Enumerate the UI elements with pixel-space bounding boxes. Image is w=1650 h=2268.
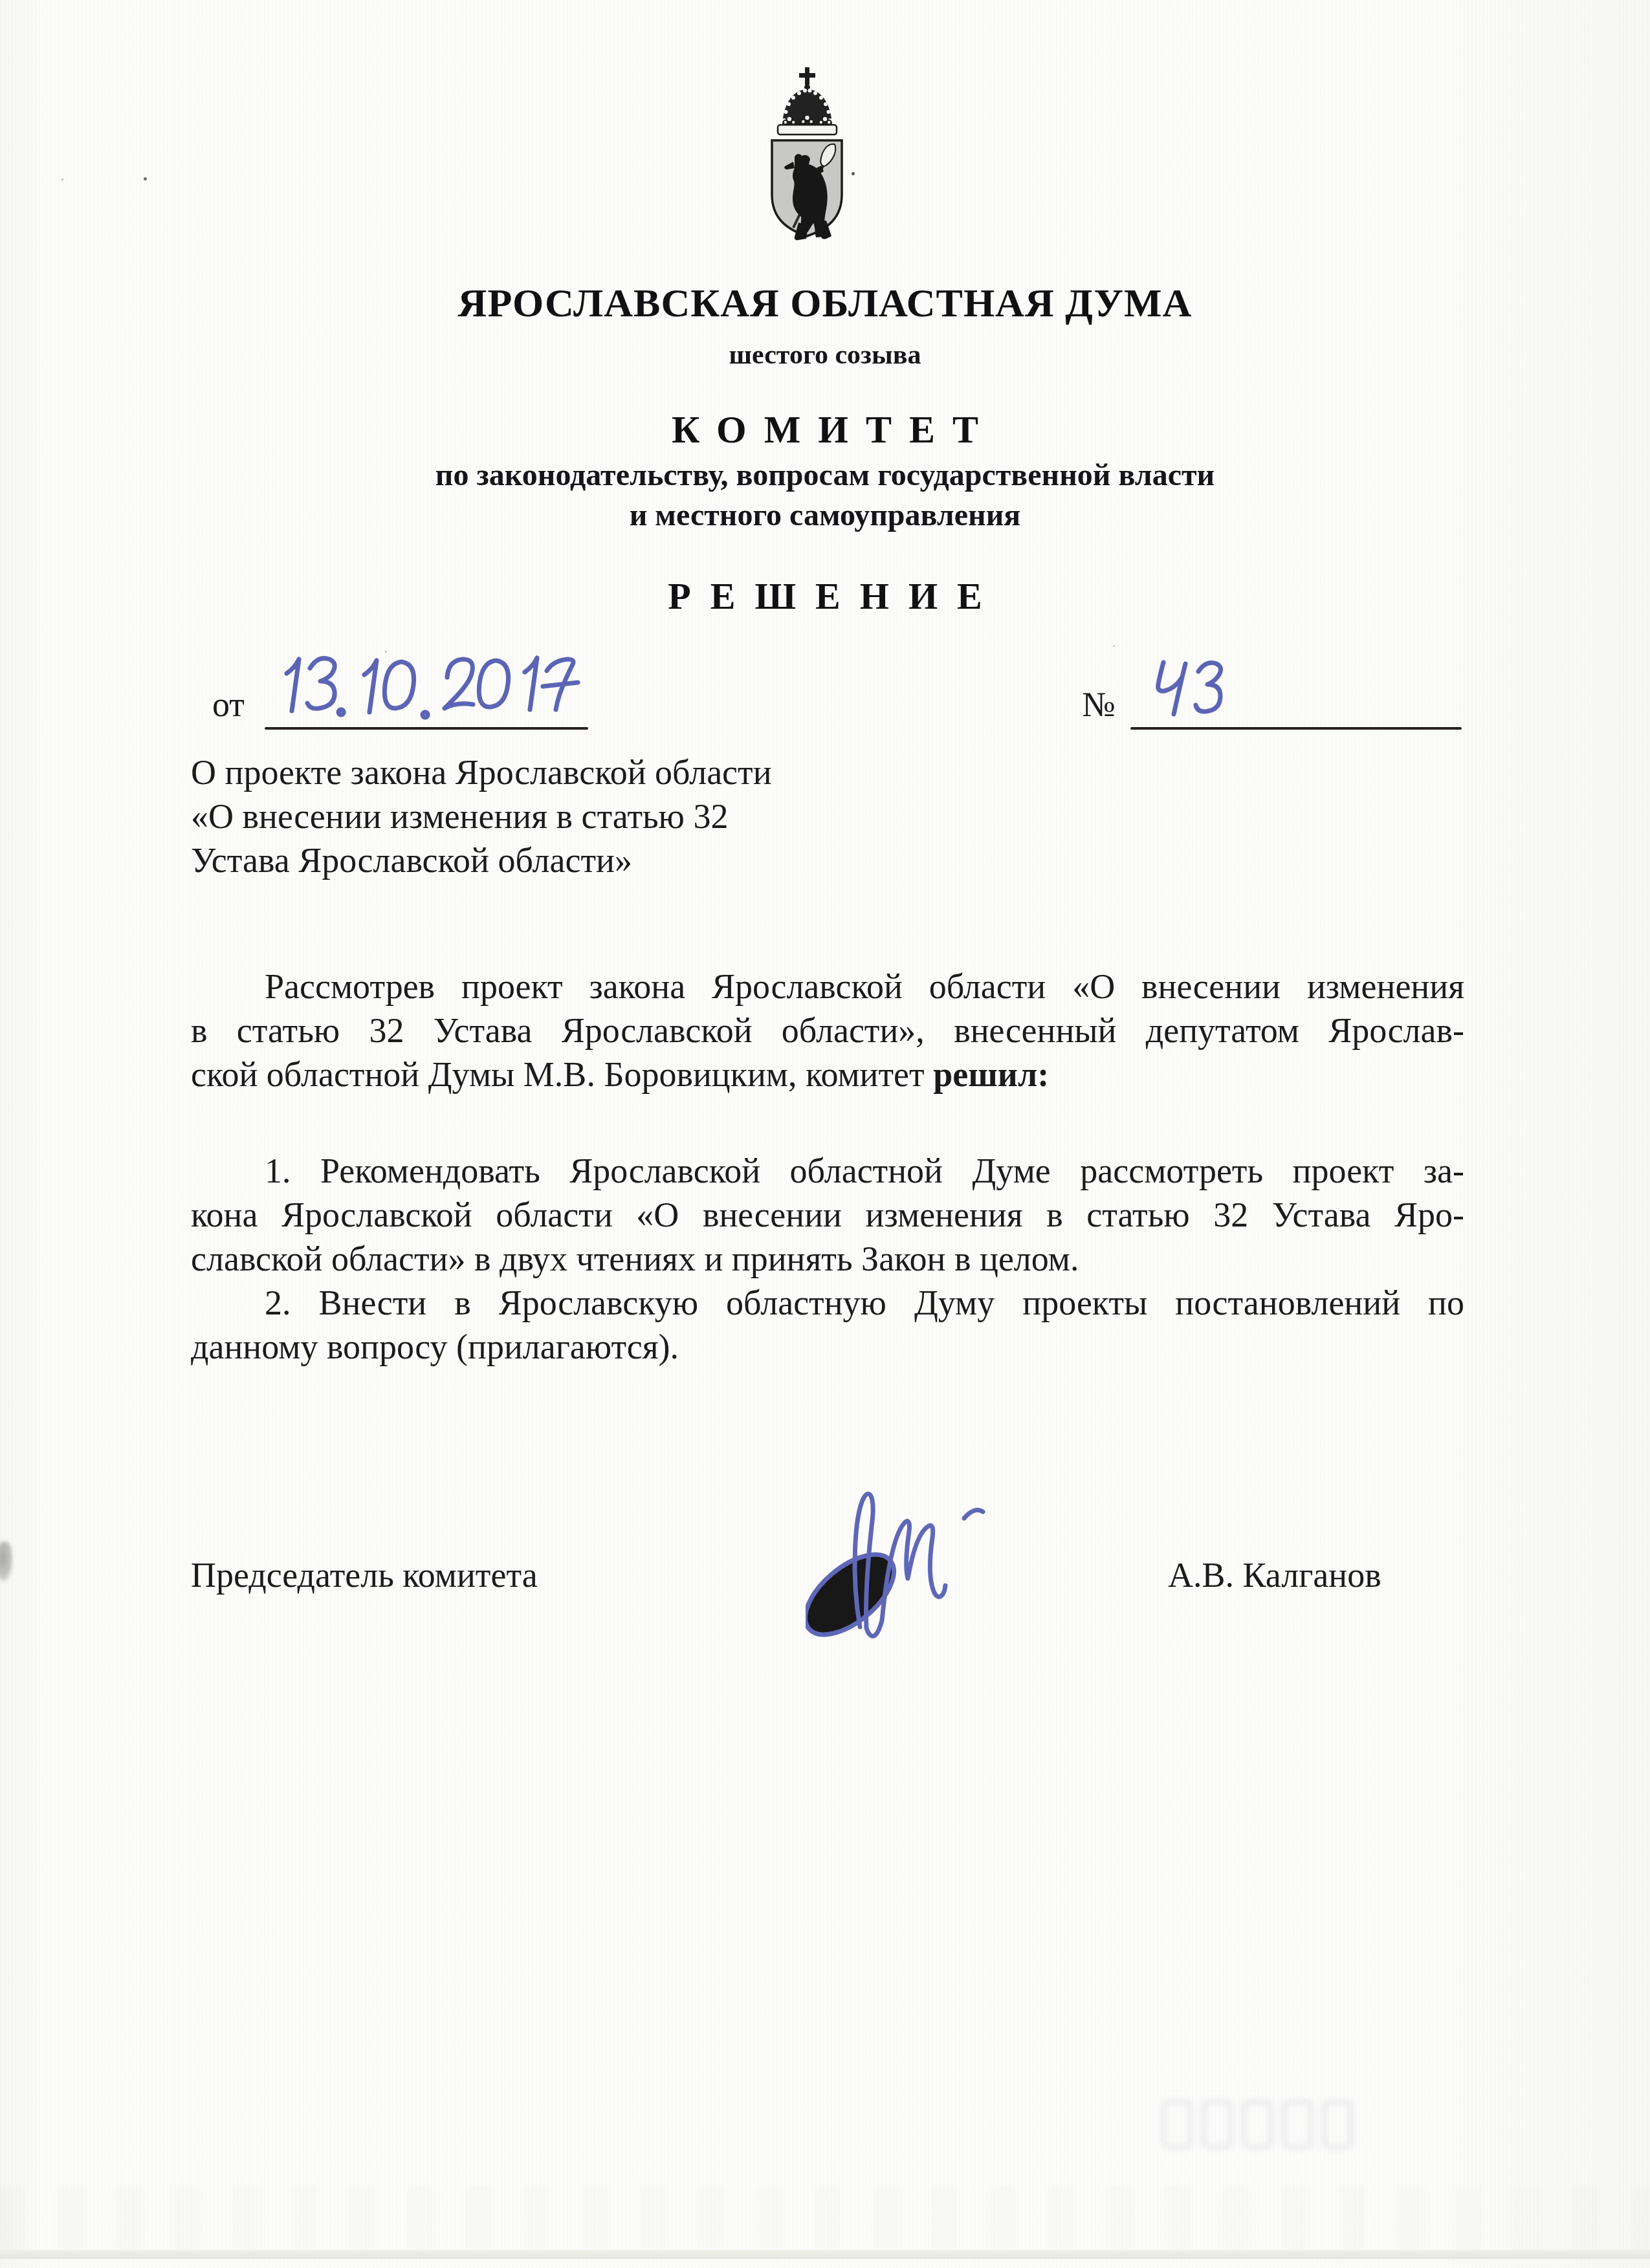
subject-block: О проекте закона Ярославской области «О …	[191, 750, 1032, 882]
scan-speck	[144, 177, 147, 180]
resolution-items: 1. Рекомендовать Ярославской областной Д…	[191, 1149, 1464, 1369]
preamble-line3-text: ской областной Думы М.В. Боровицким, ком…	[191, 1055, 933, 1094]
subject-line1: О проекте закона Ярославской области	[191, 750, 1032, 794]
item1-line1: 1. Рекомендовать Ярославской областной Д…	[191, 1149, 1464, 1193]
date-underline	[265, 727, 588, 730]
committee-description-line1: по законодательству, вопросам государств…	[0, 455, 1650, 496]
number-underline	[1130, 727, 1462, 730]
scan-speck	[852, 172, 855, 175]
date-label: от	[212, 684, 245, 725]
committee-heading: КОМИТЕТ	[0, 409, 1650, 450]
org-title: ЯРОСЛАВСКАЯ ОБЛАСТНАЯ ДУМА	[0, 281, 1650, 326]
scan-speck	[385, 651, 387, 653]
item2-line1: 2. Внести в Ярославскую областную Думу п…	[191, 1281, 1464, 1325]
scan-edge-smudge-artifact	[0, 1542, 13, 1582]
scan-speck	[1113, 645, 1115, 647]
scan-bottom-mottle	[0, 2186, 1650, 2250]
preamble-line3: ской областной Думы М.В. Боровицким, ком…	[191, 1052, 1464, 1096]
preamble-line2: в статью 32 Устава Ярославской области»,…	[191, 1009, 1464, 1052]
item2-line2: данному вопросу (прилагаются).	[191, 1325, 1464, 1369]
subject-line3: Устава Ярославской области»	[191, 838, 1032, 882]
yaroslavl-bear-crest-icon	[761, 65, 853, 254]
resolved-keyword: решил:	[933, 1055, 1049, 1094]
signatory-role: Председатель комитета	[191, 1554, 538, 1596]
scanned-document-page: ЯРОСЛАВСКАЯ ОБЛАСТНАЯ ДУМА шестого созыв…	[0, 0, 1650, 2268]
convocation-subtitle: шестого созыва	[0, 339, 1650, 371]
scan-bottom-edge	[0, 2250, 1650, 2259]
scan-speck	[61, 179, 63, 180]
coat-of-arms-emblem	[761, 65, 853, 254]
faint-stamp-artifact	[1161, 2095, 1356, 2154]
item1-line3: славской области» в двух чтениях и приня…	[191, 1237, 1464, 1281]
handwritten-number	[1144, 652, 1228, 723]
number-label: №	[1082, 684, 1116, 725]
preamble-paragraph: Рассмотрев проект закона Ярославской обл…	[191, 965, 1464, 1096]
document-type-heading: РЕШЕНИЕ	[0, 576, 1650, 616]
handwritten-date	[269, 648, 592, 721]
preamble-line1: Рассмотрев проект закона Ярославской обл…	[191, 965, 1464, 1009]
signatory-name: А.В. Калганов	[1168, 1554, 1381, 1596]
item1-line2: кона Ярославской области «О внесении изм…	[191, 1193, 1464, 1237]
committee-description: по законодательству, вопросам государств…	[0, 455, 1650, 536]
subject-line2: «О внесении изменения в статью 32	[191, 794, 1032, 838]
handwritten-signature	[806, 1459, 1013, 1672]
committee-description-line2: и местного самоуправления	[0, 496, 1650, 536]
